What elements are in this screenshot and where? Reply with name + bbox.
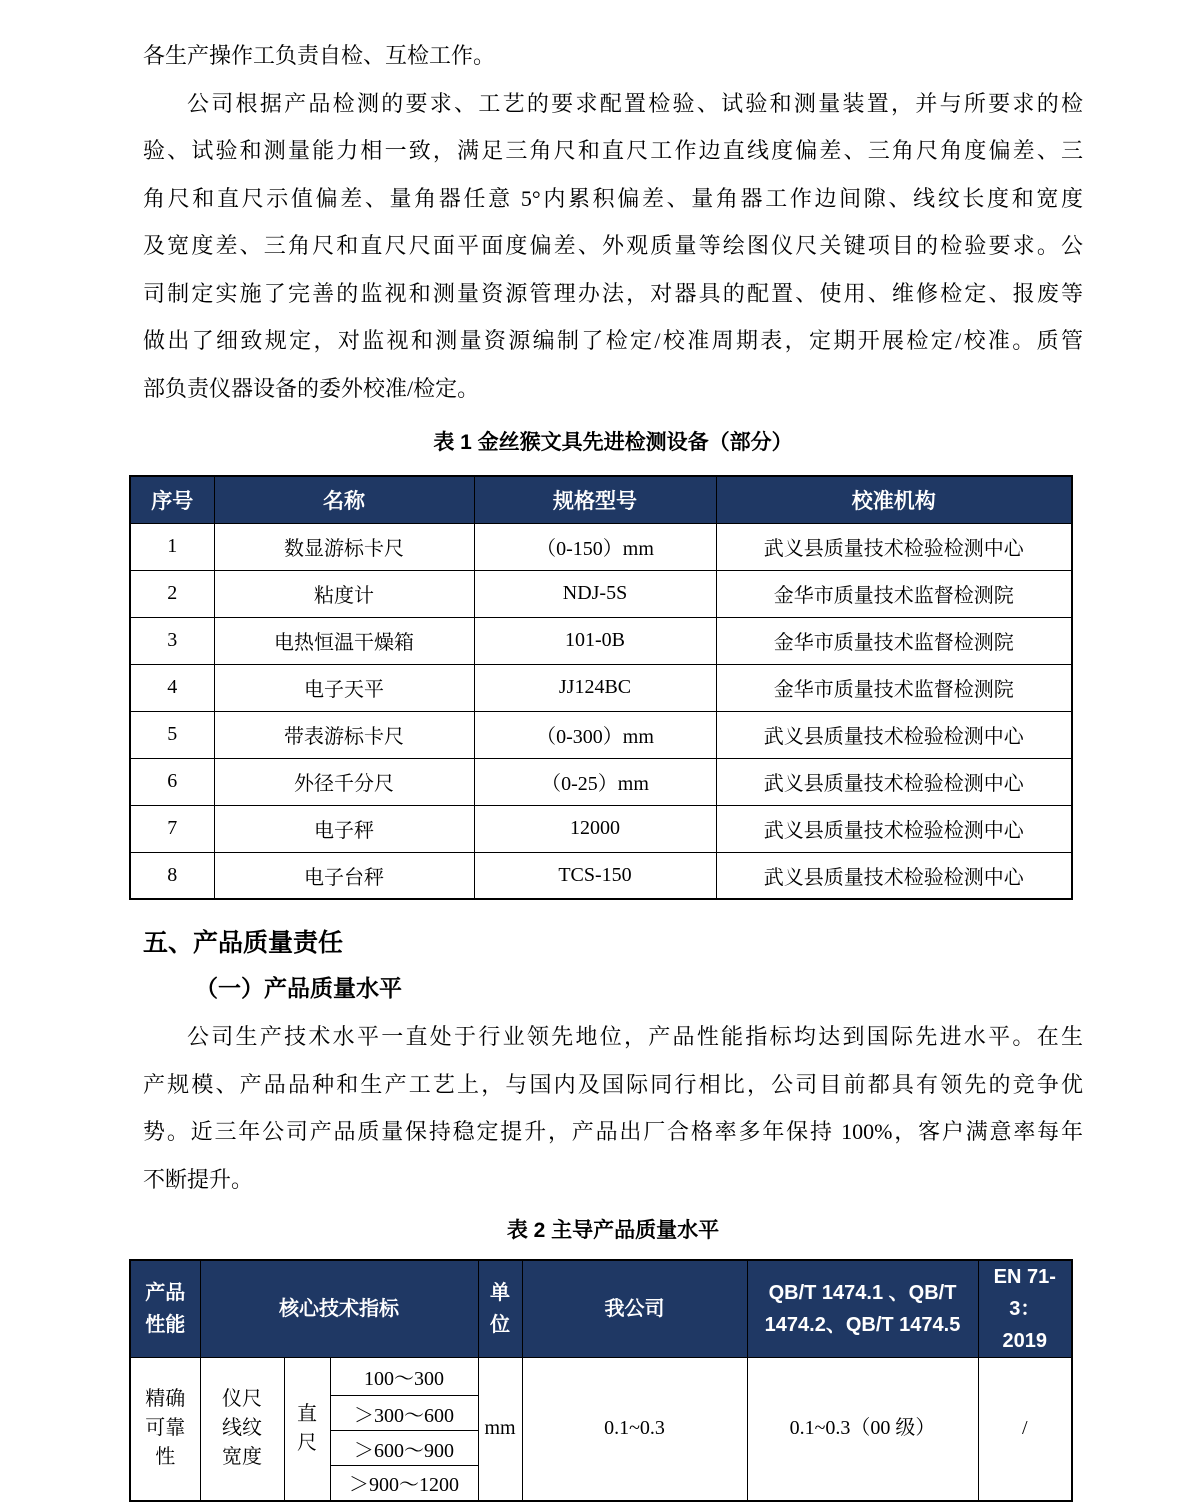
table-row: 6 外径千分尺 （0-25）mm 武义县质量技术检验检测中心	[130, 758, 1072, 805]
cell-model: NDJ-5S	[474, 570, 716, 617]
paragraph-line: 角尺和直尺示值偏差、量角器任意 5°内累积偏差、量角器工作边间隙、线纹长度和宽度	[143, 175, 1083, 223]
table1-header-agency: 校准机构	[716, 476, 1072, 523]
cell-name: 电子天平	[214, 664, 474, 711]
cell-index: 1	[130, 523, 214, 570]
cell-agency: 金华市质量技术监督检测院	[716, 664, 1072, 711]
cell-model: JJ124BC	[474, 664, 716, 711]
cell-performance: 精确 可靠 性	[130, 1358, 200, 1501]
cell-qbt-standard: 0.1~0.3（00 级）	[747, 1358, 978, 1501]
paragraph-line: 公司生产技术水平一直处于行业领先地位，产品性能指标均达到国际先进水平。在生	[143, 1013, 1083, 1061]
table-row: 3 电热恒温干燥箱 101-0B 金华市质量技术监督检测院	[130, 617, 1072, 664]
cell-en-standard: /	[978, 1358, 1072, 1501]
cell-agency: 武义县质量技术检验检测中心	[716, 852, 1072, 899]
paragraph-line: 做出了细致规定，对监视和测量资源编制了检定/校准周期表，定期开展检定/校准。质管	[143, 317, 1083, 365]
table1-equipment: 序号 名称 规格型号 校准机构 1 数显游标卡尺 （0-150）mm 武义县质量…	[129, 475, 1073, 900]
paragraph-line: 部负责仪器设备的委外校准/检定。	[143, 365, 1083, 413]
paragraph-line: 及宽度差、三角尺和直尺尺面平面度偏差、外观质量等绘图仪尺关键项目的检验要求。公	[143, 222, 1083, 270]
cell-agency: 金华市质量技术监督检测院	[716, 570, 1072, 617]
table1-header-model: 规格型号	[474, 476, 716, 523]
cell-name: 电热恒温干燥箱	[214, 617, 474, 664]
table1-header-row: 序号 名称 规格型号 校准机构	[130, 476, 1072, 523]
table2-header-en-standard: EN 71-3： 2019	[978, 1260, 1072, 1358]
section-heading: 五、产品质量责任	[143, 927, 1083, 960]
cell-index: 4	[130, 664, 214, 711]
cell-unit: mm	[478, 1358, 522, 1501]
cell-name: 电子台秤	[214, 852, 474, 899]
cell-index: 7	[130, 805, 214, 852]
cell-model: （0-150）mm	[474, 523, 716, 570]
cell-agency: 武义县质量技术检验检测中心	[716, 711, 1072, 758]
cell-name: 外径千分尺	[214, 758, 474, 805]
cell-agency: 武义县质量技术检验检测中心	[716, 523, 1072, 570]
cell-agency: 武义县质量技术检验检测中心	[716, 758, 1072, 805]
table2-header-performance: 产品 性能	[130, 1260, 200, 1358]
cell-range: 100～300	[330, 1358, 478, 1396]
table2-header-our-company: 我公司	[522, 1260, 747, 1358]
paragraph-line: 验、试验和测量能力相一致，满足三角尺和直尺工作边直线度偏差、三角尺角度偏差、三	[143, 127, 1083, 175]
cell-range: ＞900～1200	[330, 1466, 478, 1501]
cell-name: 粘度计	[214, 570, 474, 617]
subsection-heading: （一）产品质量水平	[195, 973, 1083, 1003]
cell-index: 3	[130, 617, 214, 664]
table2-header-qbt-standard: QB/T 1474.1 、QB/T 1474.2、QB/T 1474.5	[747, 1260, 978, 1358]
cell-name: 带表游标卡尺	[214, 711, 474, 758]
cell-range: ＞300～600	[330, 1396, 478, 1431]
table2-title: 表 2 主导产品质量水平	[143, 1219, 1083, 1243]
cell-agency: 金华市质量技术监督检测院	[716, 617, 1072, 664]
paragraph-3: 公司生产技术水平一直处于行业领先地位，产品性能指标均达到国际先进水平。在生 产规…	[143, 1013, 1083, 1203]
table-row: 2 粘度计 NDJ-5S 金华市质量技术监督检测院	[130, 570, 1072, 617]
table-row: 5 带表游标卡尺 （0-300）mm 武义县质量技术检验检测中心	[130, 711, 1072, 758]
cell-range: ＞600～900	[330, 1431, 478, 1466]
table2-header-unit: 单 位	[478, 1260, 522, 1358]
cell-model: （0-300）mm	[474, 711, 716, 758]
paragraph-line: 公司根据产品检测的要求、工艺的要求配置检验、试验和测量装置，并与所要求的检	[143, 80, 1083, 128]
cell-model: TCS-150	[474, 852, 716, 899]
cell-index: 6	[130, 758, 214, 805]
table2-header-indicator: 核心技术指标	[200, 1260, 478, 1358]
cell-index: 8	[130, 852, 214, 899]
cell-model: 12000	[474, 805, 716, 852]
paragraph-line: 不断提升。	[143, 1156, 1083, 1204]
table2-quality-level: 产品 性能 核心技术指标 单 位 我公司 QB/T 1474.1 、QB/T 1…	[129, 1259, 1073, 1502]
cell-name: 数显游标卡尺	[214, 523, 474, 570]
cell-model: （0-25）mm	[474, 758, 716, 805]
cell-model: 101-0B	[474, 617, 716, 664]
table-row: 7 电子秤 12000 武义县质量技术检验检测中心	[130, 805, 1072, 852]
cell-indicator-sub: 直 尺	[284, 1358, 330, 1501]
cell-index: 5	[130, 711, 214, 758]
cell-agency: 武义县质量技术检验检测中心	[716, 805, 1072, 852]
paragraph-2: 公司根据产品检测的要求、工艺的要求配置检验、试验和测量装置，并与所要求的检 验、…	[143, 80, 1083, 413]
table1-header-index: 序号	[130, 476, 214, 523]
table1-title: 表 1 金丝猴文具先进检测设备（部分）	[143, 431, 1083, 455]
cell-name: 电子秤	[214, 805, 474, 852]
cell-index: 2	[130, 570, 214, 617]
table-row: 4 电子天平 JJ124BC 金华市质量技术监督检测院	[130, 664, 1072, 711]
paragraph-line: 各生产操作工负责自检、互检工作。	[143, 32, 1083, 80]
paragraph-line: 产规模、产品品种和生产工艺上，与国内及国际同行相比，公司目前都具有领先的竞争优	[143, 1061, 1083, 1109]
paragraph-line: 势。近三年公司产品质量保持稳定提升，产品出厂合格率多年保持 100%，客户满意率…	[143, 1108, 1083, 1156]
table-row: 1 数显游标卡尺 （0-150）mm 武义县质量技术检验检测中心	[130, 523, 1072, 570]
paragraph-1: 各生产操作工负责自检、互检工作。	[143, 32, 1083, 80]
table-row: 8 电子台秤 TCS-150 武义县质量技术检验检测中心	[130, 852, 1072, 899]
cell-our-company: 0.1~0.3	[522, 1358, 747, 1501]
table2-header-row: 产品 性能 核心技术指标 单 位 我公司 QB/T 1474.1 、QB/T 1…	[130, 1260, 1072, 1358]
table-row: 精确 可靠 性 仪尺 线纹 宽度 直 尺 100～300 mm 0.1~0.3 …	[130, 1358, 1072, 1396]
table1-header-name: 名称	[214, 476, 474, 523]
document-page: 各生产操作工负责自检、互检工作。 公司根据产品检测的要求、工艺的要求配置检验、试…	[143, 0, 1083, 1502]
cell-indicator-name: 仪尺 线纹 宽度	[200, 1358, 284, 1501]
paragraph-line: 司制定实施了完善的监视和测量资源管理办法，对器具的配置、使用、维修检定、报废等	[143, 270, 1083, 318]
